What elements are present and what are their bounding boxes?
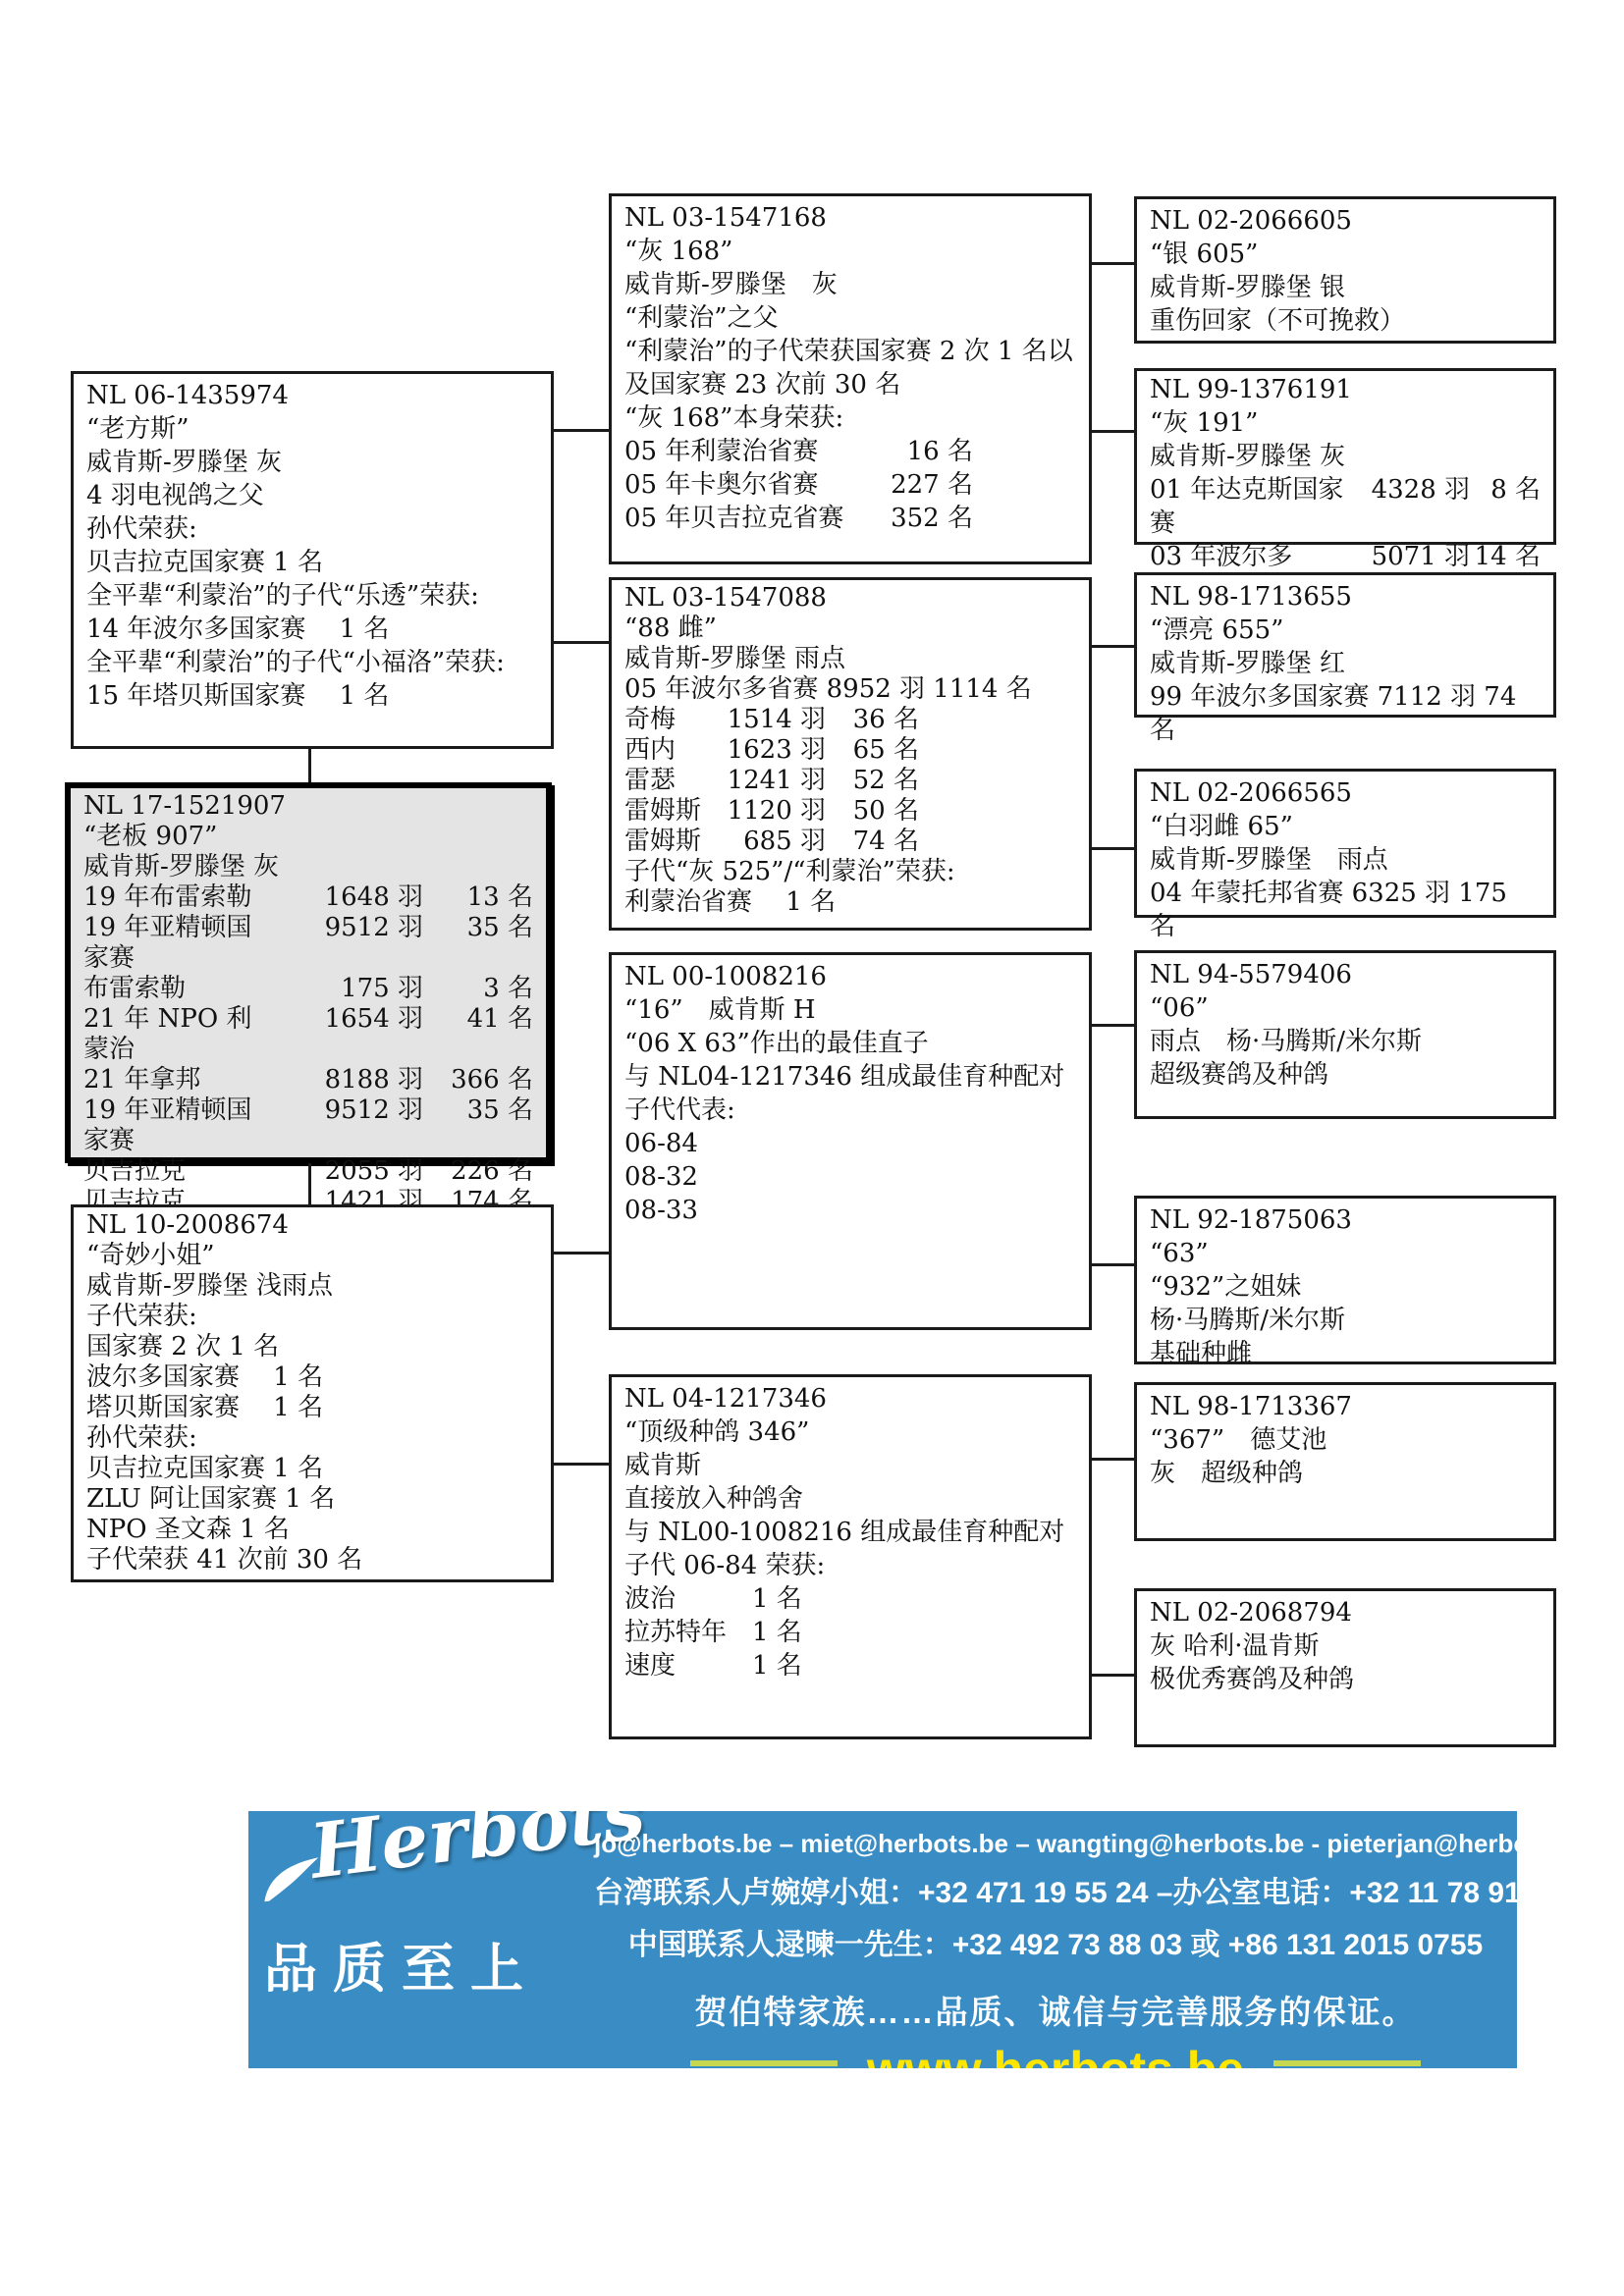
pedigree-box-dam-sire: NL 00-1008216“16” 威肯斯 H“06 X 63”作出的最佳直子与… — [609, 952, 1092, 1330]
herbots-logo-text: Herbots — [259, 1811, 606, 1898]
pedigree-line: 灰 哈利·温肯斯 — [1150, 1629, 1541, 1663]
pedigree-line: “16” 威肯斯 H — [624, 993, 1076, 1027]
pedigree-line: 威肯斯-罗滕堡 银 — [1150, 271, 1541, 304]
pedigree-line: 06-84 — [624, 1127, 1076, 1160]
website-link[interactable]: www.herbots.be — [867, 2045, 1244, 2068]
pedigree-line: 波治 1 名 — [624, 1582, 1076, 1616]
pedigree-line: NL 17-1521907 — [83, 791, 533, 822]
pedigree-line: “利蒙治”之父 — [624, 301, 1076, 335]
pedigree-line: 国家赛 2 次 1 名 — [86, 1332, 538, 1362]
connector-subject-dam — [308, 1163, 311, 1204]
pedigree-line: 4 羽电视鸽之父 — [86, 479, 538, 512]
pedigree-line: 威肯斯-罗滕堡 灰 — [624, 268, 1076, 301]
pedigree-line: 子代荣获 41 次前 30 名 — [86, 1545, 538, 1575]
pedigree-line: 雨点 杨·马腾斯/米尔斯 — [1150, 1025, 1541, 1058]
pedigree-line: 05 年卡奥尔省赛227 名 — [624, 468, 1076, 502]
pedigree-line: 极优秀赛鸽及种鸽 — [1150, 1663, 1541, 1696]
pedigree-line: NL 10-2008674 — [86, 1210, 538, 1241]
pedigree-line: 威肯斯-罗滕堡 雨点 — [624, 644, 1076, 674]
pedigree-box-sire: NL 06-1435974“老方斯”威肯斯-罗滕堡 灰4 羽电视鸽之父孙代荣获:… — [71, 371, 554, 749]
pedigree-box-ggp-6: NL 92-1875063“63”“932”之姐妹杨·马腾斯/米尔斯基础种雌 — [1134, 1196, 1556, 1364]
pedigree-line: 基础种雌 — [1150, 1337, 1541, 1370]
pedigree-line: “06” — [1150, 991, 1541, 1025]
brand-subtitle: 品质至上 — [264, 1927, 603, 2002]
pedigree-line: 15 年塔贝斯国家赛 1 名 — [86, 679, 538, 713]
pedigree-line: 威肯斯-罗滕堡 浅雨点 — [86, 1271, 538, 1302]
pedigree-line: 05 年波尔多省赛 8952 羽 1114 名 — [624, 674, 1076, 705]
connector-ggp4 — [1092, 847, 1134, 850]
pedigree-line: 超级赛鸽及种鸽 — [1150, 1058, 1541, 1092]
pedigree-line: 布雷索勒175 羽3 名 — [83, 974, 533, 1004]
pedigree-line: 子代荣获: — [86, 1302, 538, 1332]
pedigree-line: “63” — [1150, 1237, 1541, 1270]
pedigree-line: NL 03-1547168 — [624, 201, 1076, 235]
pedigree-line: NL 06-1435974 — [86, 379, 538, 412]
pedigree-box-dam-dam: NL 04-1217346“顶级种鸽 346”威肯斯直接放入种鸽舍与 NL00-… — [609, 1374, 1092, 1739]
pedigree-line: 21 年拿邦8188 羽366 名 — [83, 1065, 533, 1095]
china-contact-line: 中国联系人逯暕一先生：+32 492 73 88 03 或 +86 131 20… — [594, 1920, 1517, 1963]
pedigree-line: 威肯斯-罗滕堡 灰 — [83, 852, 533, 882]
pedigree-line: “奇妙小姐” — [86, 1241, 538, 1271]
pedigree-line: NL 02-2066565 — [1150, 776, 1541, 810]
connector-ggp3 — [1092, 645, 1134, 648]
pedigree-box-sire-sire: NL 03-1547168“灰 168”威肯斯-罗滕堡 灰“利蒙治”之父“利蒙治… — [609, 193, 1092, 564]
connector-ggp7 — [1092, 1458, 1134, 1461]
pedigree-box-ggp-4: NL 02-2066565“白羽雌 65”威肯斯-罗滕堡 雨点04 年蒙托邦省赛… — [1134, 769, 1556, 918]
taiwan-contact-line: 台湾联系人卢婉婷小姐：+32 471 19 55 24 –办公室电话：+32 1… — [594, 1868, 1517, 1911]
pedigree-line: 子代 06-84 荣获: — [624, 1549, 1076, 1582]
divider-lines-left — [690, 2060, 838, 2069]
pedigree-line: 雷姆斯685 羽74 名 — [624, 827, 1076, 857]
email-line: jo@herbots.be – miet@herbots.be – wangti… — [594, 1829, 1517, 1859]
pedigree-line: “利蒙治”的子代荣获国家赛 2 次 1 名以及国家赛 23 次前 30 名 — [624, 335, 1076, 401]
pedigree-line: 子代“灰 525”/“利蒙治”荣获: — [624, 857, 1076, 887]
pedigree-line: “白羽雌 65” — [1150, 810, 1541, 843]
pedigree-box-ggp-1: NL 02-2066605“银 605”威肯斯-罗滕堡 银重伤回家（不可挽救） — [1134, 196, 1556, 344]
pedigree-line: 子代代表: — [624, 1094, 1076, 1127]
pedigree-line: NL 02-2068794 — [1150, 1596, 1541, 1629]
pedigree-line: “老方斯” — [86, 412, 538, 446]
connector-sire-siresire — [554, 429, 609, 432]
pedigree-line: 05 年贝吉拉克省赛352 名 — [624, 502, 1076, 535]
pedigree-line: 贝吉拉克国家赛 1 名 — [86, 546, 538, 579]
connector-dam-damsire — [554, 1252, 609, 1255]
pedigree-line: 塔贝斯国家赛 1 名 — [86, 1393, 538, 1423]
banner-text-block: jo@herbots.be – miet@herbots.be – wangti… — [594, 1829, 1517, 2068]
herbots-logo: Herbots 品质至上 — [264, 1817, 603, 2002]
pedigree-line: 威肯斯-罗滕堡 灰 — [1150, 440, 1541, 473]
pedigree-line: NL 03-1547088 — [624, 583, 1076, 614]
pedigree-line: 雷姆斯1120 羽50 名 — [624, 796, 1076, 827]
pedigree-line: “灰 191” — [1150, 406, 1541, 440]
pedigree-line: 19 年布雷索勒1648 羽13 名 — [83, 882, 533, 913]
pedigree-line: 全平辈“利蒙治”的子代“乐透”荣获: — [86, 579, 538, 613]
herbots-banner: Herbots 品质至上 jo@herbots.be – miet@herbot… — [248, 1811, 1517, 2068]
pedigree-line: 08-32 — [624, 1160, 1076, 1194]
slogan-line: 贺伯特家族……品质、诚信与完善服务的保证。 — [594, 1987, 1517, 2033]
pedigree-line: NL 92-1875063 — [1150, 1203, 1541, 1237]
connector-ggp5 — [1092, 1024, 1134, 1027]
connector-ggp8 — [1092, 1674, 1134, 1677]
pedigree-line: 利蒙治省赛 1 名 — [624, 887, 1076, 918]
pedigree-line: “06 X 63”作出的最佳直子 — [624, 1027, 1076, 1060]
pedigree-line: 杨·马腾斯/米尔斯 — [1150, 1304, 1541, 1337]
pedigree-line: 05 年利蒙治省赛16 名 — [624, 435, 1076, 468]
pedigree-line: 奇梅1514 羽36 名 — [624, 705, 1076, 735]
pedigree-line: “367” 德艾池 — [1150, 1423, 1541, 1457]
pedigree-box-ggp-5: NL 94-5579406“06”雨点 杨·马腾斯/米尔斯超级赛鸽及种鸽 — [1134, 950, 1556, 1119]
pedigree-line: 孙代荣获: — [86, 512, 538, 546]
pedigree-box-ggp-7: NL 98-1713367“367” 德艾池灰 超级种鸽 — [1134, 1382, 1556, 1541]
pedigree-box-ggp-3: NL 98-1713655“漂亮 655”威肯斯-罗滕堡 红99 年波尔多国家赛… — [1134, 572, 1556, 718]
pedigree-line: “灰 168”本身荣获: — [624, 401, 1076, 435]
pedigree-line: “灰 168” — [624, 235, 1076, 268]
pedigree-page: NL 06-1435974“老方斯”威肯斯-罗滕堡 灰4 羽电视鸽之父孙代荣获:… — [0, 0, 1624, 2296]
website-row: www.herbots.be — [594, 2045, 1517, 2068]
pedigree-line: 威肯斯-罗滕堡 雨点 — [1150, 843, 1541, 877]
pedigree-line: 孙代荣获: — [86, 1423, 538, 1454]
pedigree-line: 03 年波尔多5071 羽14 名 — [1150, 540, 1541, 573]
pedigree-box-dam: NL 10-2008674“奇妙小姐”威肯斯-罗滕堡 浅雨点子代荣获:国家赛 2… — [71, 1204, 554, 1582]
pedigree-line: NL 99-1376191 — [1150, 373, 1541, 406]
pedigree-line: 直接放入种鸽舍 — [624, 1482, 1076, 1516]
pedigree-line: 14 年波尔多国家赛 1 名 — [86, 613, 538, 646]
pedigree-line: NPO 圣文森 1 名 — [86, 1515, 538, 1545]
pedigree-line: NL 98-1713655 — [1150, 580, 1541, 614]
connector-dam-damdam — [554, 1463, 609, 1466]
pedigree-line: 01 年达克斯国家赛4328 羽8 名 — [1150, 473, 1541, 540]
pedigree-line: 威肯斯-罗滕堡 红 — [1150, 647, 1541, 680]
pedigree-line: “顶级种鸽 346” — [624, 1415, 1076, 1449]
pedigree-line: 灰 超级种鸽 — [1150, 1457, 1541, 1490]
pedigree-line: 威肯斯-罗滕堡 灰 — [86, 446, 538, 479]
connector-sire-subject — [308, 749, 311, 782]
pedigree-line: 21 年 NPO 利蒙治1654 羽41 名 — [83, 1004, 533, 1065]
pedigree-box-subject: NL 17-1521907“老板 907”威肯斯-罗滕堡 灰19 年布雷索勒16… — [65, 782, 552, 1163]
pedigree-line: 威肯斯 — [624, 1449, 1076, 1482]
pedigree-line: 与 NL04-1217346 组成最佳育种配对 — [624, 1060, 1076, 1094]
pedigree-line: 西内1623 羽65 名 — [624, 735, 1076, 766]
pedigree-line: “银 605” — [1150, 238, 1541, 271]
pedigree-line: 19 年亚精顿国家赛9512 羽35 名 — [83, 1095, 533, 1156]
pedigree-line: “88 雌” — [624, 614, 1076, 644]
divider-lines-right — [1273, 2060, 1421, 2069]
pedigree-line: “老板 907” — [83, 822, 533, 852]
pedigree-line: 重伤回家（不可挽救） — [1150, 304, 1541, 338]
pedigree-box-ggp-2: NL 99-1376191“灰 191”威肯斯-罗滕堡 灰01 年达克斯国家赛4… — [1134, 368, 1556, 545]
pedigree-line: 04 年蒙托邦省赛 6325 羽 175 名 — [1150, 877, 1541, 943]
connector-ggp6 — [1092, 1263, 1134, 1266]
pedigree-line: 全平辈“利蒙治”的子代“小福洛”荣获: — [86, 646, 538, 679]
pedigree-line: 08-33 — [624, 1194, 1076, 1227]
pedigree-line: “932”之姐妹 — [1150, 1270, 1541, 1304]
pedigree-line: 雷瑟1241 羽52 名 — [624, 766, 1076, 796]
pedigree-line: 拉苏特年 1 名 — [624, 1616, 1076, 1649]
pedigree-line: NL 94-5579406 — [1150, 958, 1541, 991]
pedigree-line: 波尔多国家赛 1 名 — [86, 1362, 538, 1393]
pedigree-line: 19 年亚精顿国家赛9512 羽35 名 — [83, 913, 533, 974]
pedigree-line: ZLU 阿让国家赛 1 名 — [86, 1484, 538, 1515]
feather-icon — [254, 1832, 329, 1921]
pedigree-box-ggp-8: NL 02-2068794灰 哈利·温肯斯极优秀赛鸽及种鸽 — [1134, 1588, 1556, 1747]
pedigree-line: “漂亮 655” — [1150, 614, 1541, 647]
pedigree-line: NL 00-1008216 — [624, 960, 1076, 993]
connector-ggp2 — [1092, 430, 1134, 433]
pedigree-line: 99 年波尔多国家赛 7112 羽 74 名 — [1150, 680, 1541, 747]
pedigree-line: 与 NL00-1008216 组成最佳育种配对 — [624, 1516, 1076, 1549]
pedigree-line: 贝吉拉克国家赛 1 名 — [86, 1454, 538, 1484]
pedigree-line: NL 02-2066605 — [1150, 204, 1541, 238]
connector-ggp1 — [1092, 262, 1134, 265]
pedigree-line: 速度 1 名 — [624, 1649, 1076, 1682]
connector-sire-siredam — [554, 641, 609, 644]
pedigree-line: NL 04-1217346 — [624, 1382, 1076, 1415]
pedigree-box-sire-dam: NL 03-1547088“88 雌”威肯斯-罗滕堡 雨点05 年波尔多省赛 8… — [609, 577, 1092, 931]
pedigree-line: NL 98-1713367 — [1150, 1390, 1541, 1423]
